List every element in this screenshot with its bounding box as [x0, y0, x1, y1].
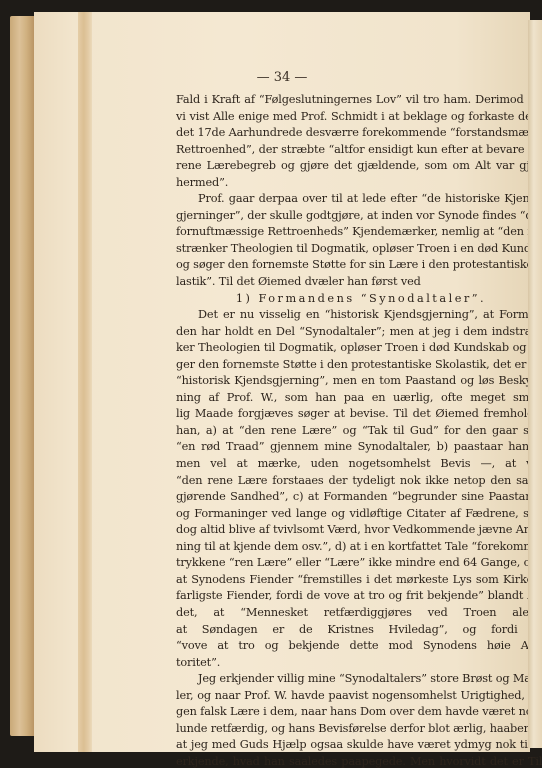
text-line: ger den fornemste Støtte i den protestan… [176, 357, 542, 374]
text-line: den har holdt en Del “Synodaltaler”; men… [176, 324, 542, 341]
text-line: det, at “Mennesket retfærdiggjøres ved T… [176, 605, 542, 622]
text-line: dog altid blive af tvivlsomt Værd, hvor … [176, 522, 542, 539]
text-line: at jeg med Guds Hjælp ogsaa skulde have … [176, 737, 542, 754]
page-fold-shadow [78, 12, 92, 752]
body-text: Fald i Kraft af “Følgeslutningernes Lov”… [176, 92, 542, 768]
text-line: trykkene “ren Lære” eller “Lære” ikke mi… [176, 555, 542, 572]
page: — 34 — Fald i Kraft af “Følgeslutningern… [34, 12, 530, 752]
text-line: at Synodens Fiender “fremstilles i det m… [176, 572, 542, 589]
text-line: gjerninger”, der skulle godtgjøre, at in… [176, 208, 542, 225]
book-left-edge [10, 16, 34, 736]
text-line: og søger den fornemste Støtte for sin Læ… [176, 257, 542, 274]
text-line: det 17de Aarhundrede desværre forekommen… [176, 125, 542, 142]
text-line: ker Theologien til Dogmatik, opløser Tro… [176, 340, 542, 357]
text-line: ning til at kjende dem osv.”, d) at i en… [176, 539, 542, 556]
text-line: Jeg erkjender villig mine “Synodaltalers… [176, 671, 542, 688]
text-line: gjørende Sandhed”, c) at Formanden “begr… [176, 489, 542, 506]
text-line: rene Lærebegreb og gjøre det gjældende, … [176, 158, 542, 175]
text-line: lunde retfærdig, og hans Bevisførelse de… [176, 721, 542, 738]
text-line: at Søndagen er de Kristnes Hviledag”, og… [176, 622, 542, 639]
text-line: han, a) at “den rene Lære” og “Tak til G… [176, 423, 542, 440]
text-line: farligste Fiender, fordi de vove at tro … [176, 588, 542, 605]
text-line: men vel at mærke, uden nogetsomhelst Bev… [176, 456, 542, 473]
text-line: erkjende, hvad han saaledes paapegede. M… [176, 754, 542, 768]
text-line: toritet”. [176, 655, 542, 672]
text-line: lig Maade forgjæves søger at bevise. Til… [176, 406, 542, 423]
text-line: “vove at tro og bekjende dette mod Synod… [176, 638, 542, 655]
text-line: Fald i Kraft af “Følgeslutningernes Lov”… [176, 92, 542, 109]
text-line: “historisk Kjendsgjerning”, men en tom P… [176, 373, 542, 390]
text-line: 1) Formandens “Synodaltaler”. [176, 291, 542, 308]
text-line: fornuftmæssige Rettroenheds” Kjendemærke… [176, 224, 542, 241]
page-number: — 34 — [34, 70, 530, 85]
text-line: og Formaninger ved lange og vidløftige C… [176, 506, 542, 523]
text-line: ler, og naar Prof. W. havde paavist noge… [176, 688, 542, 705]
book-right-edge [528, 20, 542, 748]
text-line: “en rød Traad” gjennem mine Synodaltaler… [176, 439, 542, 456]
text-line: ning af Prof. W., som han paa en uærlig,… [176, 390, 542, 407]
text-line: “den rene Lære forstaaes der tydeligt no… [176, 473, 542, 490]
book-scan: — 34 — Fald i Kraft af “Følgeslutningern… [10, 12, 542, 754]
text-line: hermed”. [176, 175, 542, 192]
text-line: lastik”. Til det Øiemed dvæler han først… [176, 274, 542, 291]
text-line: strænker Theologien til Dogmatik, opløse… [176, 241, 542, 258]
text-line: vi vist Alle enige med Prof. Schmidt i a… [176, 109, 542, 126]
text-line: Det er nu visselig en “historisk Kjendsg… [176, 307, 542, 324]
text-line: gen falsk Lære i dem, naar hans Dom over… [176, 704, 542, 721]
text-line: Prof. gaar derpaa over til at lede efter… [176, 191, 542, 208]
text-line: Rettroenhed”, der stræbte “altfor ensidi… [176, 142, 542, 159]
